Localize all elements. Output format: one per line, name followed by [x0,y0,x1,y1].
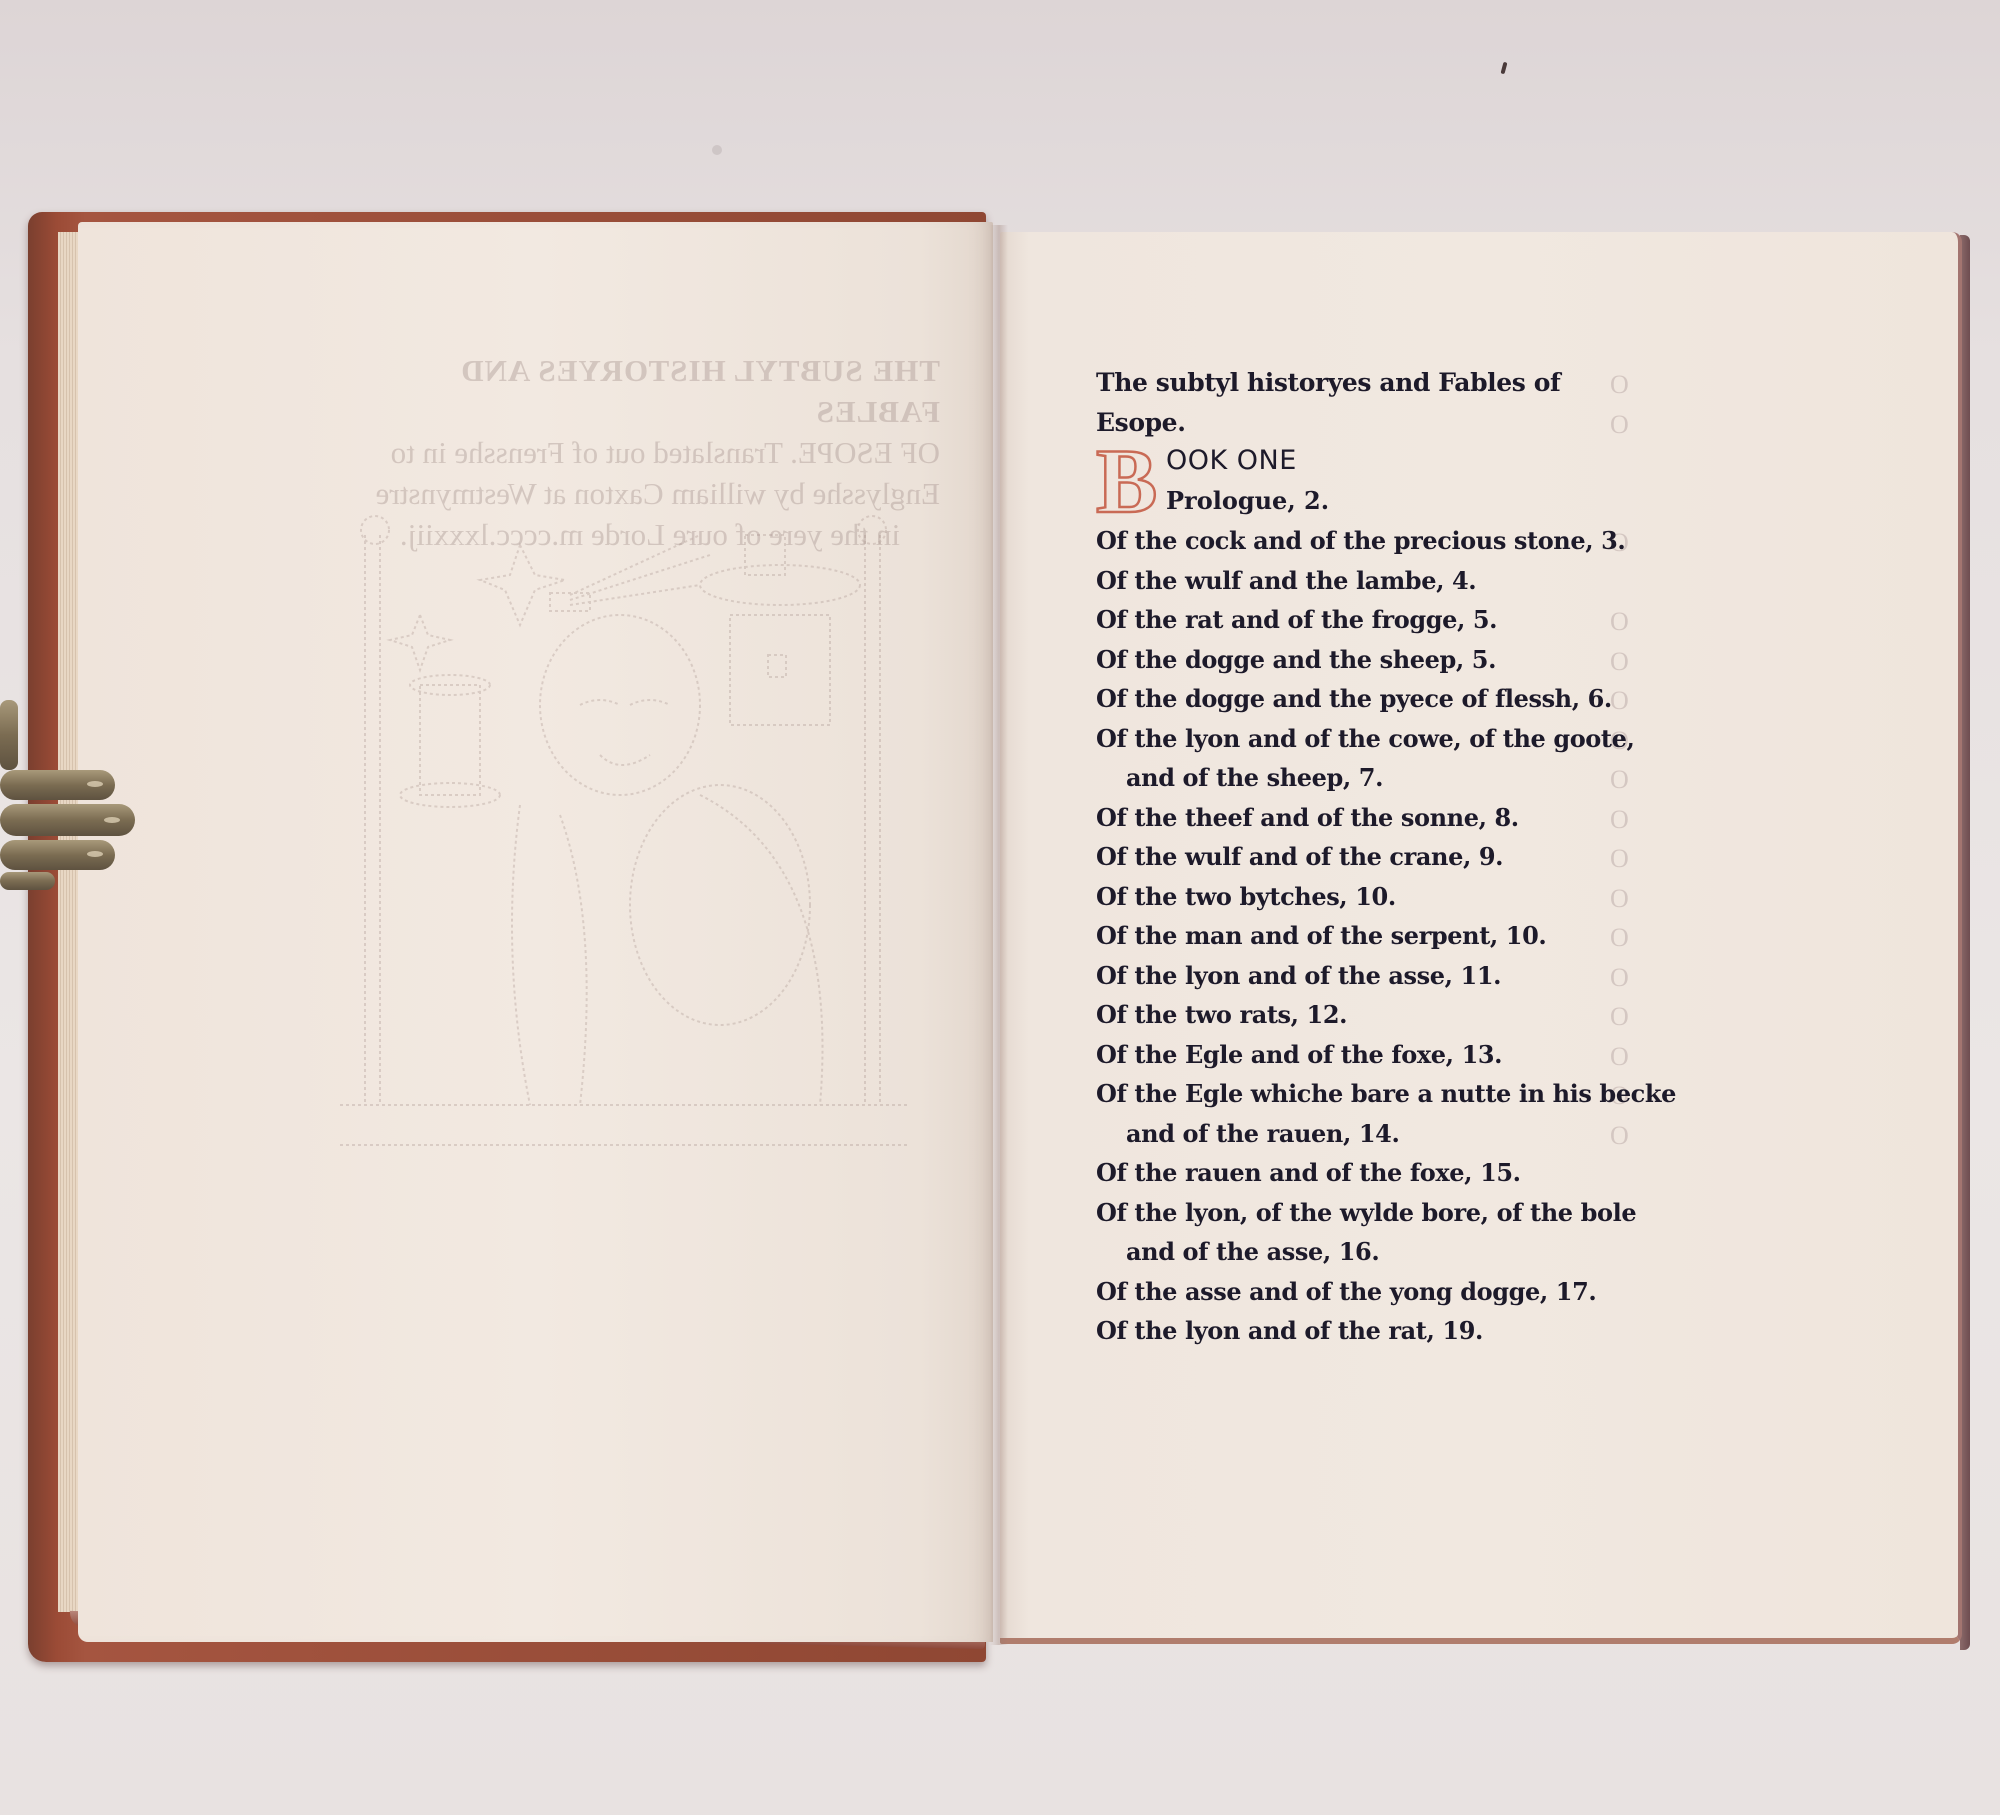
entry-text: Of the rat and of the frogge, 5. [1096,605,1497,634]
contents-entry: Of the lyon and of the rat, 19. [1096,1311,1656,1351]
show-through-line: THE SUBTYL HISTORYES AND FABLES [330,350,940,432]
book-gutter [990,225,1008,1645]
entry-text: Of the rauen and of the foxe, 15. [1096,1158,1521,1187]
contents-entry: Of the two bytches, 10. [1096,877,1656,917]
contents-entry: Of the lyon, of the wylde bore, of the b… [1096,1193,1656,1272]
entry-text: Of the wulf and the lambe, 4. [1096,566,1476,595]
contents-entry: Of the dogge and the pyece of flessh, 6. [1096,679,1656,719]
contents-entry: Of the lyon and of the cowe, of the goot… [1096,719,1656,798]
entry-continuation: and of the rauen, 14. [1096,1114,1656,1154]
contents-entry: Of the wulf and the lambe, 4. [1096,561,1656,601]
entry-continuation: and of the asse, 16. [1096,1232,1656,1272]
entry-text: Of the asse and of the yong dogge, 17. [1096,1277,1596,1306]
entry-text: Of the man and of the serpent, 10. [1096,921,1546,950]
page-stack-left [58,232,78,1612]
prologue-entry: Prologue, 2. [1166,481,1329,521]
entry-text: Of the dogge and the sheep, 5. [1096,645,1496,674]
entry-text: Of the two rats, 12. [1096,1000,1347,1029]
contents-entry: Of the rat and of the frogge, 5. [1096,600,1656,640]
table-of-contents: The subtyl historyes and Fables of Esope… [1096,363,1656,1351]
book-one-heading: OOK ONE [1166,441,1297,481]
entry-text: Of the lyon and of the asse, 11. [1096,961,1501,990]
entry-text: Of the lyon, of the wylde bore, of the b… [1096,1198,1636,1227]
book-title: The subtyl historyes and Fables of Esope… [1096,363,1656,443]
dust-speck [1501,62,1508,75]
woodcut-illustration-show-through [320,505,920,1225]
entry-text: Of the dogge and the pyece of flessh, 6. [1096,684,1612,713]
contents-entry: Of the wulf and of the crane, 9. [1096,837,1656,877]
entry-continuation: and of the sheep, 7. [1096,758,1656,798]
contents-entry: Of the rauen and of the foxe, 15. [1096,1153,1656,1193]
dust-speck [712,145,722,155]
entry-text: Of the wulf and of the crane, 9. [1096,842,1503,871]
contents-entry: Of the Egle whiche bare a nutte in his b… [1096,1074,1656,1153]
brass-hand-clip [0,680,140,890]
entry-text: Of the Egle whiche bare a nutte in his b… [1096,1079,1676,1108]
show-through-line: OF ESOPE. Translated out of Frensshe in … [330,432,940,473]
contents-entry: Of the dogge and the sheep, 5. [1096,640,1656,680]
entry-text: Of the lyon and of the cowe, of the goot… [1096,724,1634,753]
entry-text: Of the lyon and of the rat, 19. [1096,1316,1483,1345]
contents-entry: Of the asse and of the yong dogge, 17. [1096,1272,1656,1312]
contents-entry: Of the man and of the serpent, 10. [1096,916,1656,956]
contents-entry: Of the cock and of the precious stone, 3… [1096,521,1656,561]
contents-entry: Of the Egle and of the foxe, 13. [1096,1035,1656,1075]
red-initial-letter: B [1096,435,1157,527]
entry-text: Of the two bytches, 10. [1096,882,1396,911]
entry-text: Of the theef and of the sonne, 8. [1096,803,1519,832]
entry-text: Of the cock and of the precious stone, 3… [1096,526,1625,555]
contents-entry: Of the lyon and of the asse, 11. [1096,956,1656,996]
entry-text: Of the Egle and of the foxe, 13. [1096,1040,1502,1069]
book-heading: B OOK ONE Prologue, 2. [1096,441,1656,521]
contents-entry: Of the theef and of the sonne, 8. [1096,798,1656,838]
contents-entry: Of the two rats, 12. [1096,995,1656,1035]
